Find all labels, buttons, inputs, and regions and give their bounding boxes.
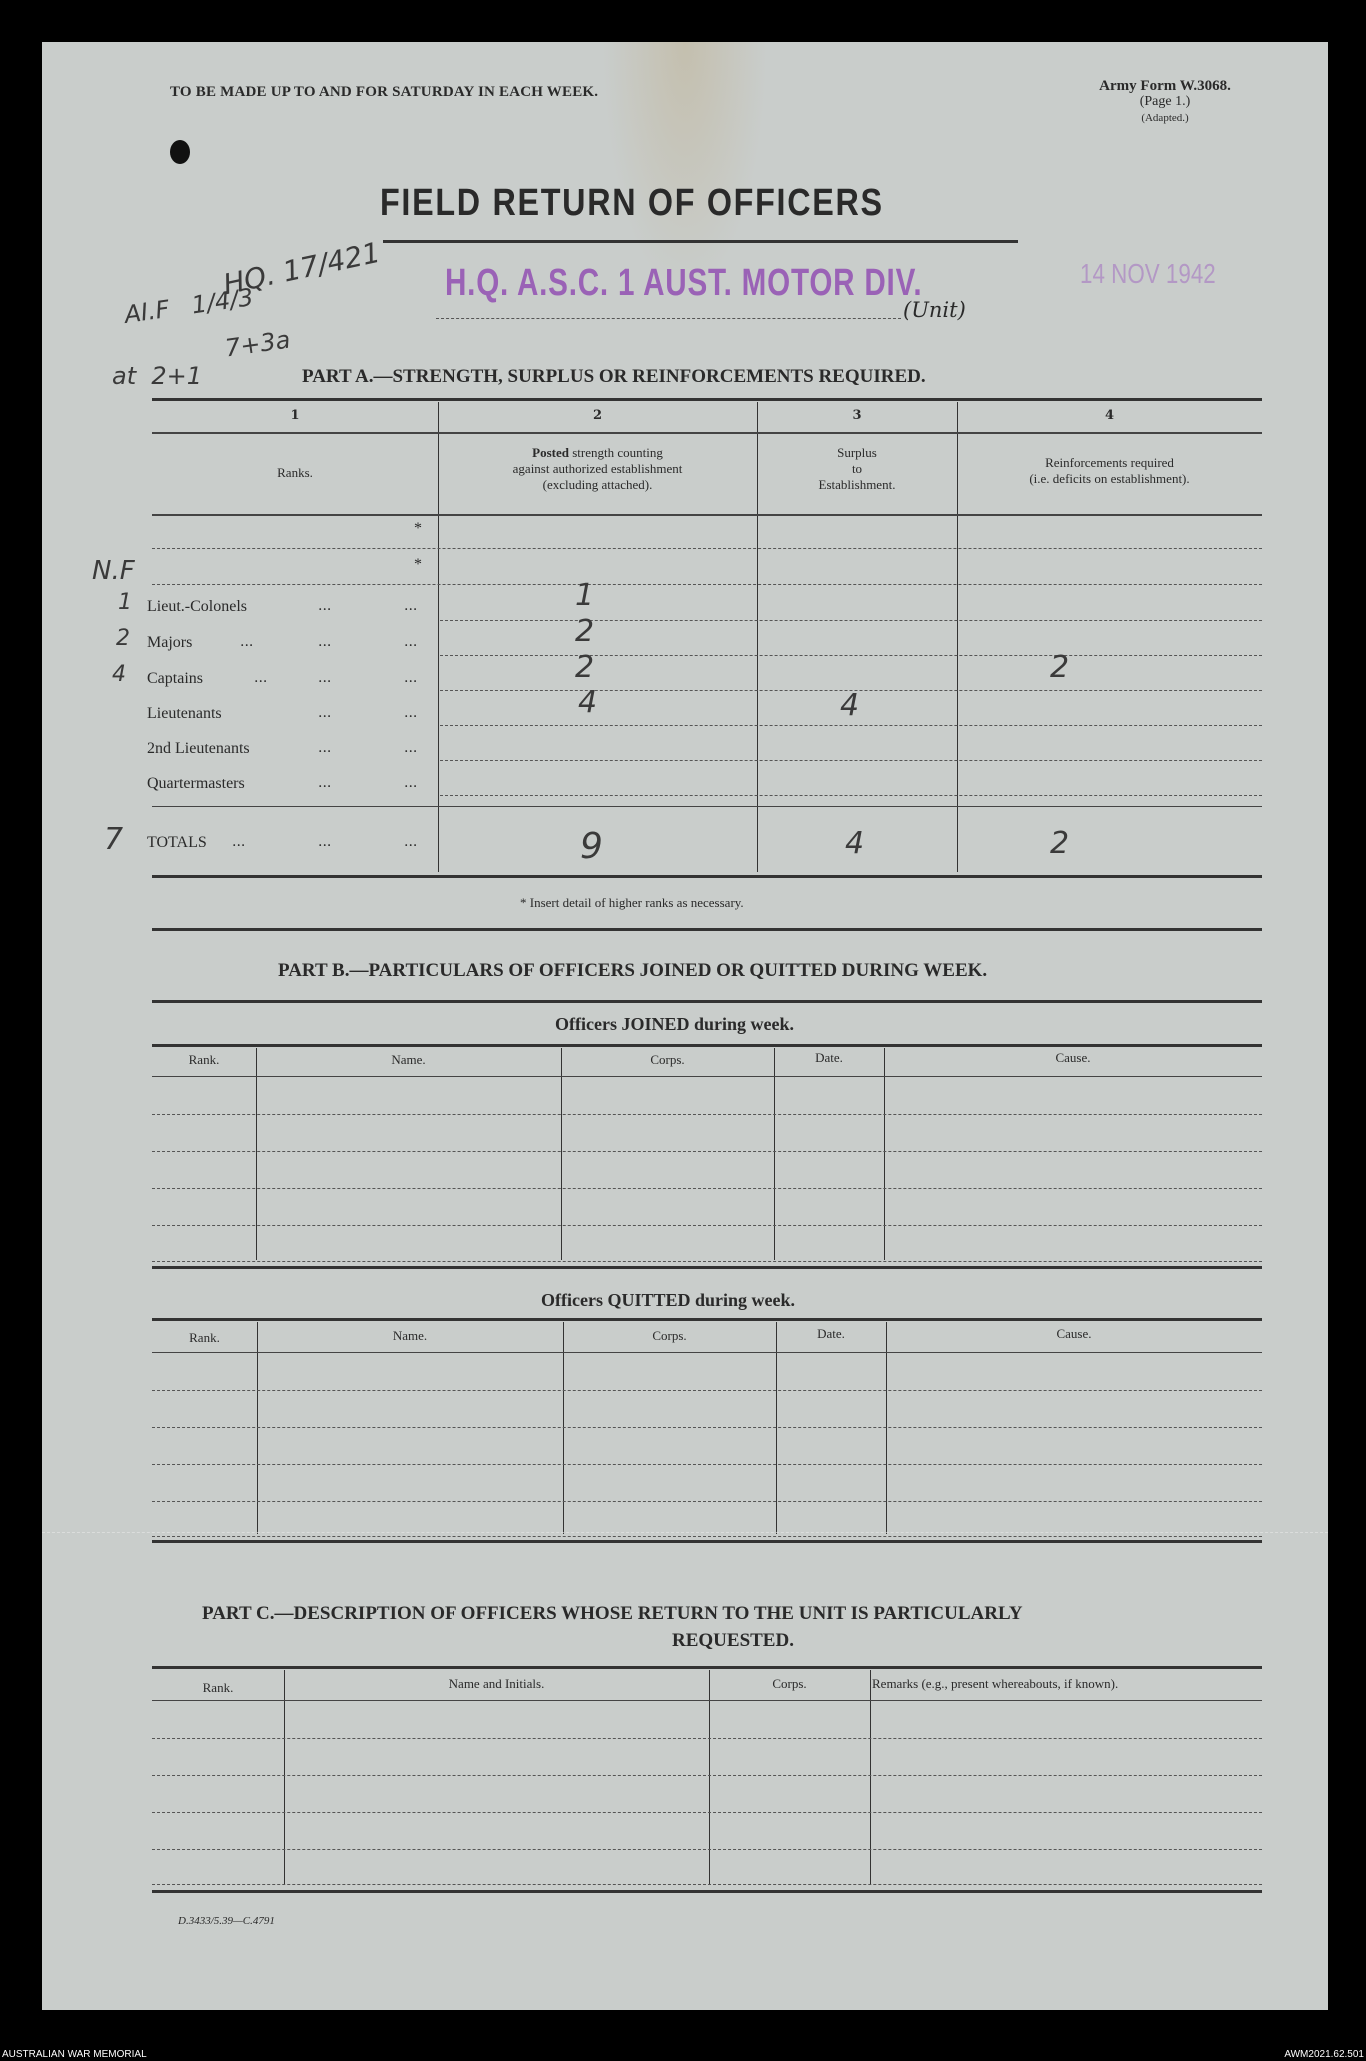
total-posted: 9 (580, 826, 603, 867)
posted-majors: 2 (575, 614, 594, 649)
part-c-col-name: Name and Initials. (284, 1676, 709, 1692)
unit-stamp: H.Q. A.S.C. 1 AUST. MOTOR DIV. (445, 262, 922, 305)
posted-line1: strength counting (569, 445, 663, 460)
part-c-title-line1: PART C.—DESCRIPTION OF OFFICERS WHOSE RE… (202, 1603, 1023, 1625)
margin-count-ltcol: 1 (118, 590, 132, 615)
quitted-divider (776, 1322, 777, 1534)
quitted-row-line (152, 1390, 1262, 1391)
quitted-row-line (152, 1464, 1262, 1465)
part-c-row-line (152, 1849, 1262, 1850)
margin-count-captains: 4 (112, 662, 126, 687)
rank-lieutenants: Lieutenants (147, 705, 222, 723)
unit-label: (Unit) (903, 298, 966, 322)
reinf-line1: Reinforcements required (957, 455, 1262, 471)
part-c-bottom-rule (152, 1890, 1262, 1893)
dot-leader: ... (404, 775, 417, 791)
quitted-row-line (152, 1427, 1262, 1428)
col-header-ranks: Ranks. (152, 465, 438, 481)
title-underline (383, 240, 1018, 243)
print-code: D.3433/5.39—C.4791 (178, 1915, 275, 1927)
joined-col-date: Date. (774, 1050, 884, 1066)
dot-leader: ... (240, 634, 253, 650)
joined-divider (561, 1048, 562, 1260)
joined-divider (774, 1048, 775, 1260)
part-a-top-rule (152, 398, 1262, 401)
rank-quartermasters: Quartermasters (147, 775, 245, 793)
row-line (440, 760, 1262, 761)
archive-id: AWM2021.62.501 (1284, 2049, 1364, 2060)
joined-bottom-rule (152, 1266, 1262, 1269)
part-c-row-line (152, 1812, 1262, 1813)
page-title: FIELD RETURN OF OFFICERS (380, 182, 884, 225)
adapted-label: (Adapted.) (1075, 110, 1255, 126)
row-line (440, 620, 1262, 621)
quitted-col-name: Name. (257, 1328, 563, 1344)
dot-leader: ... (318, 598, 331, 614)
dot-leader: ... (318, 775, 331, 791)
dot-leader: ... (232, 834, 245, 850)
handwritten-total-ref: at 2+1 (112, 362, 202, 390)
rank-lieut-colonels: Lieut.-Colonels (147, 598, 247, 616)
part-c-col-remarks: Remarks (e.g., present whereabouts, if k… (872, 1676, 1267, 1692)
posted-captains: 2 (575, 650, 594, 685)
margin-total: 7 (104, 822, 123, 857)
joined-row-line (152, 1151, 1262, 1152)
handwritten-nf: N.F (92, 556, 135, 586)
footnote: * Insert detail of higher ranks as neces… (520, 895, 744, 911)
col-header-surplus: Surplus to Establishment. (757, 445, 957, 493)
dot-leader: ... (404, 740, 417, 756)
dot-leader: ... (254, 670, 267, 686)
page-label: (Page 1.) (1075, 94, 1255, 110)
quitted-row-line (152, 1536, 1262, 1537)
quitted-divider (563, 1322, 564, 1534)
rank-captains: Captains (147, 670, 203, 688)
surplus-line2: to (757, 461, 957, 477)
part-c-divider (284, 1670, 285, 1885)
part-b-rule (152, 1000, 1262, 1003)
quitted-col-date: Date. (776, 1326, 886, 1342)
joined-row-line (152, 1261, 1262, 1262)
joined-col-rank: Rank. (152, 1052, 256, 1068)
part-c-divider (709, 1670, 710, 1885)
part-c-row-line (152, 1775, 1262, 1776)
unit-line (436, 318, 901, 319)
joined-row-line (152, 1188, 1262, 1189)
rank-majors: Majors (147, 634, 192, 652)
joined-row-line (152, 1114, 1262, 1115)
dot-leader: ... (404, 598, 417, 614)
joined-title: Officers JOINED during week. (555, 1014, 794, 1035)
quitted-col-cause: Cause. (886, 1326, 1262, 1342)
date-stamp: 14 NOV 1942 (1080, 258, 1216, 290)
col-header-posted: Posted strength counting against authori… (438, 445, 757, 493)
quitted-row-line (152, 1501, 1262, 1502)
quitted-col-rank: Rank. (152, 1330, 257, 1346)
part-b-top-rule (152, 928, 1262, 931)
total-reinforcements: 2 (1050, 826, 1069, 861)
quitted-divider (886, 1322, 887, 1534)
part-c-col-corps: Corps. (709, 1676, 870, 1692)
dot-leader: ... (318, 740, 331, 756)
joined-header-rule (152, 1076, 1262, 1077)
quitted-header-rule (152, 1352, 1262, 1353)
col-number-2: 2 (438, 408, 757, 423)
archive-credit: AUSTRALIAN WAR MEMORIAL (2, 2049, 147, 2060)
joined-divider (256, 1048, 257, 1260)
surplus-lieutenants: 4 (840, 688, 859, 723)
row-line (440, 795, 1262, 796)
star-marker-1: * (414, 520, 422, 538)
dot-leader: ... (318, 834, 331, 850)
rank-2nd-lieutenants: 2nd Lieutenants (147, 740, 250, 758)
part-a-bottom-rule (152, 875, 1262, 878)
joined-col-corps: Corps. (561, 1052, 774, 1068)
part-a-title: PART A.—STRENGTH, SURPLUS OR REINFORCEME… (302, 366, 926, 388)
part-b-title: PART B.—PARTICULARS OF OFFICERS JOINED O… (278, 960, 987, 982)
totals-label: TOTALS (147, 834, 207, 852)
dot-leader: ... (318, 670, 331, 686)
header-rule-2 (152, 514, 1262, 516)
surplus-line3: Establishment. (757, 477, 957, 493)
joined-divider (884, 1048, 885, 1260)
part-c-row-line (152, 1738, 1262, 1739)
part-c-row-line (152, 1884, 1262, 1885)
col-number-1: 1 (152, 408, 438, 423)
part-c-divider (870, 1670, 871, 1885)
surplus-line1: Surplus (757, 445, 957, 461)
posted-line3: (excluding attached). (438, 477, 757, 493)
reinforcements-captains: 2 (1050, 650, 1069, 685)
posted-bold: Posted (532, 445, 569, 460)
joined-top-rule (152, 1044, 1262, 1047)
row-line (440, 725, 1262, 726)
posted-lieutenants: 4 (578, 685, 597, 720)
part-c-top-rule (152, 1666, 1262, 1669)
quitted-bottom-rule (152, 1540, 1262, 1543)
quitted-title: Officers QUITTED during week. (541, 1290, 795, 1311)
quitted-top-rule (152, 1318, 1262, 1321)
margin-count-majors: 2 (116, 626, 130, 651)
dot-leader: ... (404, 634, 417, 650)
posted-ltcol: 1 (575, 578, 594, 613)
col-number-3: 3 (757, 408, 957, 423)
dot-leader: ... (404, 705, 417, 721)
paper-fold-line (42, 1532, 1328, 1533)
row-line (440, 655, 1262, 656)
col-header-reinforcements: Reinforcements required (i.e. deficits o… (957, 455, 1262, 487)
dot-leader: ... (318, 705, 331, 721)
star-marker-2: * (414, 556, 422, 574)
totals-rule (152, 806, 1262, 807)
part-c-title-line2: REQUESTED. (672, 1630, 794, 1652)
dot-leader: ... (318, 634, 331, 650)
quitted-col-corps: Corps. (563, 1328, 776, 1344)
joined-row-line (152, 1225, 1262, 1226)
col-number-4: 4 (957, 408, 1262, 423)
form-number-block: Army Form W.3068. (Page 1.) (Adapted.) (1075, 78, 1255, 126)
joined-col-cause: Cause. (884, 1050, 1262, 1066)
part-c-header-rule (152, 1700, 1262, 1701)
instruction-text: TO BE MADE UP TO AND FOR SATURDAY IN EAC… (170, 84, 598, 101)
reinf-line2: (i.e. deficits on establishment). (957, 471, 1262, 487)
row-line (152, 548, 1262, 549)
punch-hole (170, 140, 190, 164)
total-surplus: 4 (845, 826, 864, 861)
quitted-divider (257, 1322, 258, 1534)
dot-leader: ... (404, 670, 417, 686)
form-number: Army Form W.3068. (1075, 78, 1255, 94)
joined-col-name: Name. (256, 1052, 561, 1068)
part-c-col-rank: Rank. (152, 1680, 284, 1696)
row-line (152, 584, 1262, 585)
dot-leader: ... (404, 834, 417, 850)
posted-line2: against authorized establishment (438, 461, 757, 477)
header-rule-1 (152, 432, 1262, 434)
